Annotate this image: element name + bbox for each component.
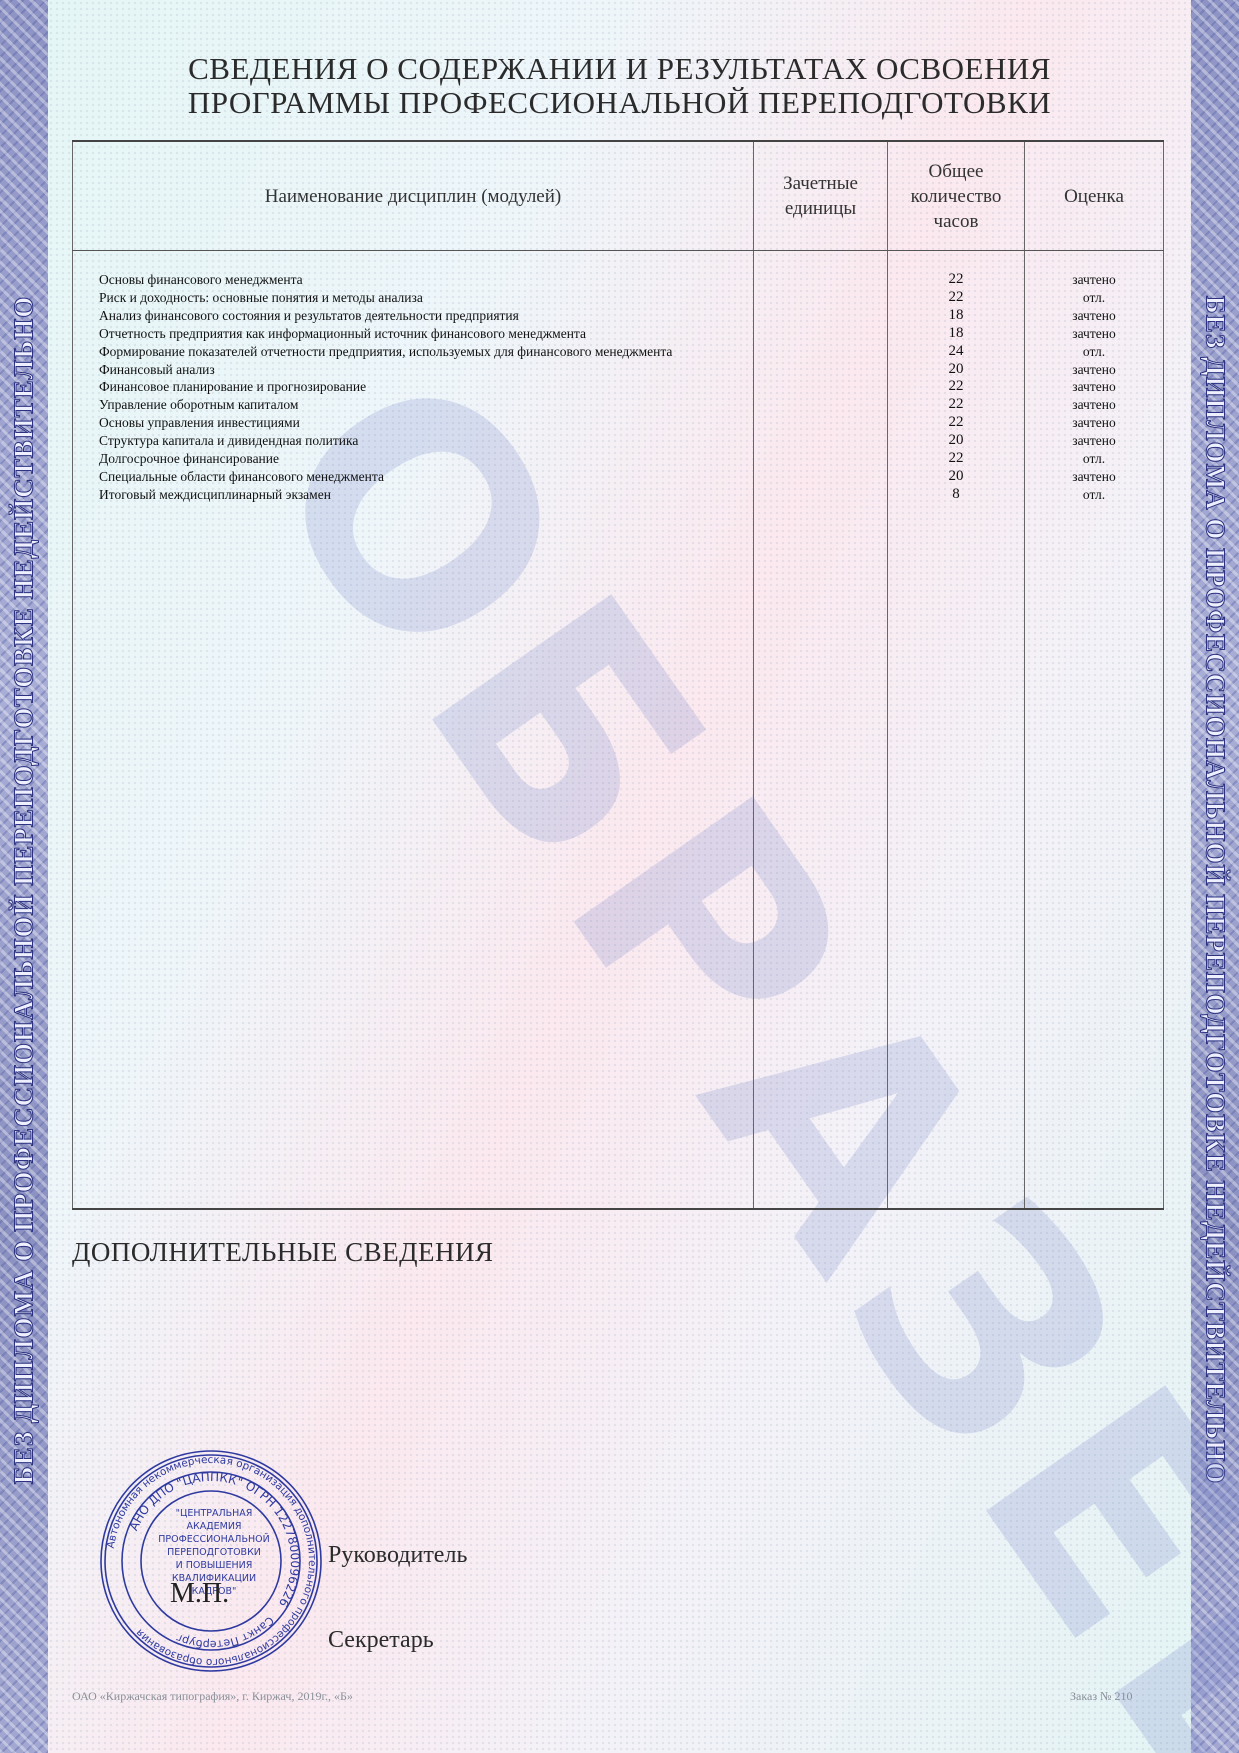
row-hours: 18 [889, 325, 1023, 343]
row-name: Управление оборотным капиталом [99, 396, 752, 414]
row-grade: отл. [1026, 450, 1162, 468]
svg-text:ПРОФЕССИОНАЛЬНОЙ: ПРОФЕССИОНАЛЬНОЙ [158, 1533, 269, 1545]
left-band-text: БЕЗ ДИПЛОМА О ПРОФЕССИОНАЛЬНОЙ ПЕРЕПОДГО… [9, 296, 40, 1484]
row-hours: 22 [889, 414, 1023, 432]
grades-column: зачтеноотл.зачтенозачтеноотл.зачтенозачт… [1025, 251, 1164, 1210]
row-hours: 18 [889, 307, 1023, 325]
table-header-row: Наименование дисциплин (модулей) Зачетны… [73, 141, 1164, 251]
row-hours: 20 [889, 468, 1023, 486]
order-number: Заказ № 210 [1070, 1689, 1133, 1704]
official-stamp: Автономная некоммерческая организация до… [98, 1448, 324, 1674]
row-credits [755, 450, 886, 468]
row-credits [755, 486, 886, 504]
head-signature-label: Руководитель [328, 1542, 467, 1569]
row-grade: зачтено [1026, 271, 1162, 289]
row-name: Финансовое планирование и прогнозировани… [99, 378, 752, 396]
disciplines-table: Наименование дисциплин (модулей) Зачетны… [72, 140, 1164, 1210]
header-credits: Зачетныеединицы [754, 141, 888, 251]
row-grade: зачтено [1026, 307, 1162, 325]
row-credits [755, 343, 886, 361]
row-name: Финансовый анализ [99, 361, 752, 379]
row-name: Специальные области финансового менеджме… [99, 468, 752, 486]
secretary-signature-label: Секретарь [328, 1627, 434, 1654]
row-hours: 22 [889, 271, 1023, 289]
row-name: Формирование показателей отчетности пред… [99, 343, 752, 361]
row-hours: 22 [889, 450, 1023, 468]
row-name: Долгосрочное финансирование [99, 450, 752, 468]
header-grade: Оценка [1025, 141, 1164, 251]
stamp-seal-icon: Автономная некоммерческая организация до… [98, 1448, 324, 1674]
row-name: Основы управления инвестициями [99, 414, 752, 432]
page-title: СВЕДЕНИЯ О СОДЕРЖАНИИ И РЕЗУЛЬТАТАХ ОСВО… [0, 52, 1239, 120]
row-name: Структура капитала и дивидендная политик… [99, 432, 752, 450]
row-grade: зачтено [1026, 432, 1162, 450]
right-band-text: БЕЗ ДИПЛОМА О ПРОФЕССИОНАЛЬНОЙ ПЕРЕПОДГО… [1200, 296, 1231, 1484]
row-grade: отл. [1026, 343, 1162, 361]
row-credits [755, 289, 886, 307]
row-hours: 8 [889, 486, 1023, 504]
row-credits [755, 325, 886, 343]
hours-column: 2222181824202222222022208 [888, 251, 1025, 1210]
row-hours: 24 [889, 343, 1023, 361]
row-name: Анализ финансового состояния и результат… [99, 307, 752, 325]
row-hours: 20 [889, 432, 1023, 450]
additional-info-title: ДОПОЛНИТЕЛЬНЫЕ СВЕДЕНИЯ [72, 1237, 494, 1268]
row-name: Риск и доходность: основные понятия и ме… [99, 289, 752, 307]
svg-text:"ЦЕНТРАЛЬНАЯ: "ЦЕНТРАЛЬНАЯ [176, 1508, 253, 1519]
row-credits [755, 432, 886, 450]
credits-column [754, 251, 888, 1210]
row-credits [755, 414, 886, 432]
row-hours: 22 [889, 396, 1023, 414]
title-line-1: СВЕДЕНИЯ О СОДЕРЖАНИИ И РЕЗУЛЬТАТАХ ОСВО… [0, 52, 1239, 86]
row-grade: зачтено [1026, 378, 1162, 396]
right-security-band: БЕЗ ДИПЛОМА О ПРОФЕССИОНАЛЬНОЙ ПЕРЕПОДГО… [1191, 0, 1239, 1753]
row-credits [755, 468, 886, 486]
row-name: Основы финансового менеджмента [99, 271, 752, 289]
row-credits [755, 271, 886, 289]
row-grade: зачтено [1026, 396, 1162, 414]
row-grade: зачтено [1026, 468, 1162, 486]
row-grade: отл. [1026, 486, 1162, 504]
row-grade: зачтено [1026, 361, 1162, 379]
row-hours: 22 [889, 378, 1023, 396]
svg-text:И ПОВЫШЕНИЯ: И ПОВЫШЕНИЯ [176, 1560, 253, 1571]
printer-imprint: ОАО «Киржачская типография», г. Киржач, … [72, 1689, 353, 1704]
row-grade: отл. [1026, 289, 1162, 307]
row-credits [755, 307, 886, 325]
row-hours: 22 [889, 289, 1023, 307]
row-hours: 20 [889, 361, 1023, 379]
header-name: Наименование дисциплин (модулей) [73, 141, 754, 251]
row-credits [755, 378, 886, 396]
svg-text:АКАДЕМИЯ: АКАДЕМИЯ [186, 1521, 241, 1532]
table-body-row: Основы финансового менеджментаРиск и дох… [73, 251, 1164, 1210]
seal-place-label: М.П. [170, 1578, 229, 1610]
header-hours: Общееколичествочасов [888, 141, 1025, 251]
row-grade: зачтено [1026, 325, 1162, 343]
row-credits [755, 361, 886, 379]
row-name: Итоговый междисциплинарный экзамен [99, 486, 752, 504]
title-line-2: ПРОГРАММЫ ПРОФЕССИОНАЛЬНОЙ ПЕРЕПОДГОТОВК… [0, 86, 1239, 120]
row-name: Отчетность предприятия как информационны… [99, 325, 752, 343]
row-grade: зачтено [1026, 414, 1162, 432]
left-security-band: БЕЗ ДИПЛОМА О ПРОФЕССИОНАЛЬНОЙ ПЕРЕПОДГО… [0, 0, 48, 1753]
svg-text:ПЕРЕПОДГОТОВКИ: ПЕРЕПОДГОТОВКИ [167, 1547, 261, 1558]
discipline-names-column: Основы финансового менеджментаРиск и дох… [73, 251, 754, 1210]
row-credits [755, 396, 886, 414]
